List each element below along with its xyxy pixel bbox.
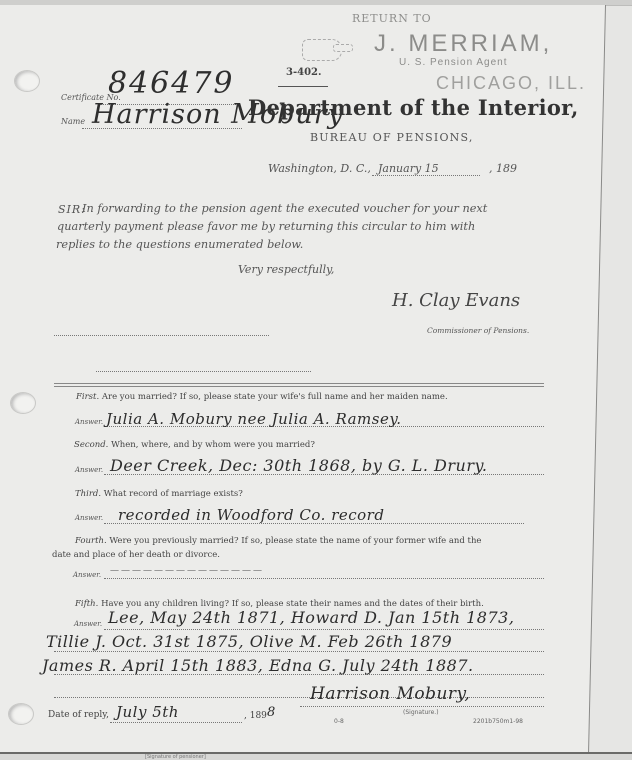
date-of-reply-line bbox=[110, 722, 242, 723]
answer-label: Answer. bbox=[73, 571, 101, 579]
stamp-agent-name: J. MERRIAM, bbox=[374, 30, 552, 58]
answer-line bbox=[104, 629, 544, 630]
answer-fourth-dash: —————————————— bbox=[110, 566, 264, 576]
answer-second: Deer Creek, Dec: 30th 1868, by G. L. Dru… bbox=[110, 456, 487, 475]
question-third: Third. What record of marriage exists? bbox=[75, 489, 243, 499]
question-second: Second. When, where, and by whom were yo… bbox=[74, 440, 315, 450]
stamp-agent-title: U. S. Pension Agent bbox=[399, 57, 508, 68]
date-of-reply-value: July 5th bbox=[116, 703, 179, 721]
children-line-3: James R. April 15th 1883, Edna G. July 2… bbox=[42, 656, 474, 675]
question-ordinal: Fourth. bbox=[75, 536, 107, 546]
punch-hole-top bbox=[14, 70, 40, 92]
answer-label: Answer. bbox=[75, 514, 103, 522]
question-text: What record of marriage exists? bbox=[104, 489, 243, 499]
question-fourth-continued: date and place of her death or divorce. bbox=[52, 550, 220, 560]
pointing-hand-icon bbox=[302, 39, 342, 61]
answer-line bbox=[54, 651, 544, 652]
answer-label: Answer. bbox=[75, 466, 103, 474]
punch-hole-bottom bbox=[8, 703, 34, 725]
scan-bottom-edge bbox=[0, 752, 632, 760]
name-label: Name bbox=[61, 117, 85, 126]
closing: Very respectfully, bbox=[238, 263, 334, 276]
answer-label: Answer. bbox=[74, 620, 102, 628]
section-divider-2 bbox=[54, 386, 544, 387]
body-line-2: quarterly payment please favor me by ret… bbox=[57, 220, 475, 233]
bureau-title: BUREAU OF PENSIONS, bbox=[310, 131, 474, 144]
section-divider bbox=[54, 383, 544, 384]
question-text: Were you previously married? If so, plea… bbox=[109, 536, 481, 546]
signature-line bbox=[300, 706, 544, 707]
date-field-line bbox=[372, 175, 480, 176]
form-number: 3-402. bbox=[286, 67, 321, 78]
commissioner-title: Commissioner of Pensions. bbox=[427, 326, 529, 335]
bottom-strip-text: [Signature of pensioner] bbox=[145, 754, 206, 760]
commissioner-signature: H. Clay Evans bbox=[392, 290, 520, 311]
form-number-rule bbox=[278, 86, 328, 87]
reply-year-value: 8 bbox=[267, 705, 276, 720]
question-ordinal: Second. bbox=[74, 440, 108, 450]
pensioner-signature: Harrison Mobury, bbox=[310, 684, 470, 704]
letter-date: January 15 bbox=[378, 162, 439, 175]
letter-place: Washington, D. C., bbox=[268, 162, 371, 175]
punch-hole-middle bbox=[10, 392, 36, 414]
question-ordinal: First. bbox=[76, 392, 99, 402]
blank-line-1 bbox=[54, 335, 269, 336]
signature-label: (Signature.) bbox=[403, 709, 439, 716]
question-text: When, where, and by whom were you marrie… bbox=[111, 440, 315, 450]
question-first: First. Are you married? If so, please st… bbox=[76, 392, 448, 402]
answer-first: Julia A. Mobury nee Julia A. Ramsey. bbox=[106, 410, 402, 428]
stamp-city: CHICAGO, ILL. bbox=[436, 73, 586, 94]
stamp-return-to: RETURN TO bbox=[352, 12, 432, 25]
body-line-1: In forwarding to the pension agent the e… bbox=[82, 202, 487, 215]
blank-line-2 bbox=[96, 371, 311, 372]
reply-year-label: , 189 bbox=[244, 711, 267, 721]
question-text: Are you married? If so, please state you… bbox=[102, 392, 448, 402]
form-code-left: 0-8 bbox=[334, 718, 344, 725]
question-ordinal: Fifth. bbox=[75, 599, 98, 609]
answer-third: recorded in Woodford Co. record bbox=[118, 506, 384, 524]
answer-label: Answer. bbox=[75, 418, 103, 426]
form-code-right: 2201b750m1-98 bbox=[473, 718, 523, 725]
children-line-1: Lee, May 24th 1871, Howard D. Jan 15th 1… bbox=[108, 608, 514, 627]
question-ordinal: Third. bbox=[75, 489, 101, 499]
certificate-number: 846479 bbox=[108, 66, 235, 101]
answer-line bbox=[104, 578, 544, 579]
question-fourth: Fourth. Were you previously married? If … bbox=[75, 536, 481, 546]
children-line-2: Tillie J. Oct. 31st 1875, Olive M. Feb 2… bbox=[46, 632, 452, 651]
answer-line bbox=[54, 697, 544, 698]
department-title: Department of the Interior, bbox=[248, 95, 579, 120]
letter-year: , 189 bbox=[489, 162, 517, 175]
date-of-reply-label: Date of reply, bbox=[48, 710, 109, 720]
body-line-3: replies to the questions enumerated belo… bbox=[56, 238, 303, 251]
